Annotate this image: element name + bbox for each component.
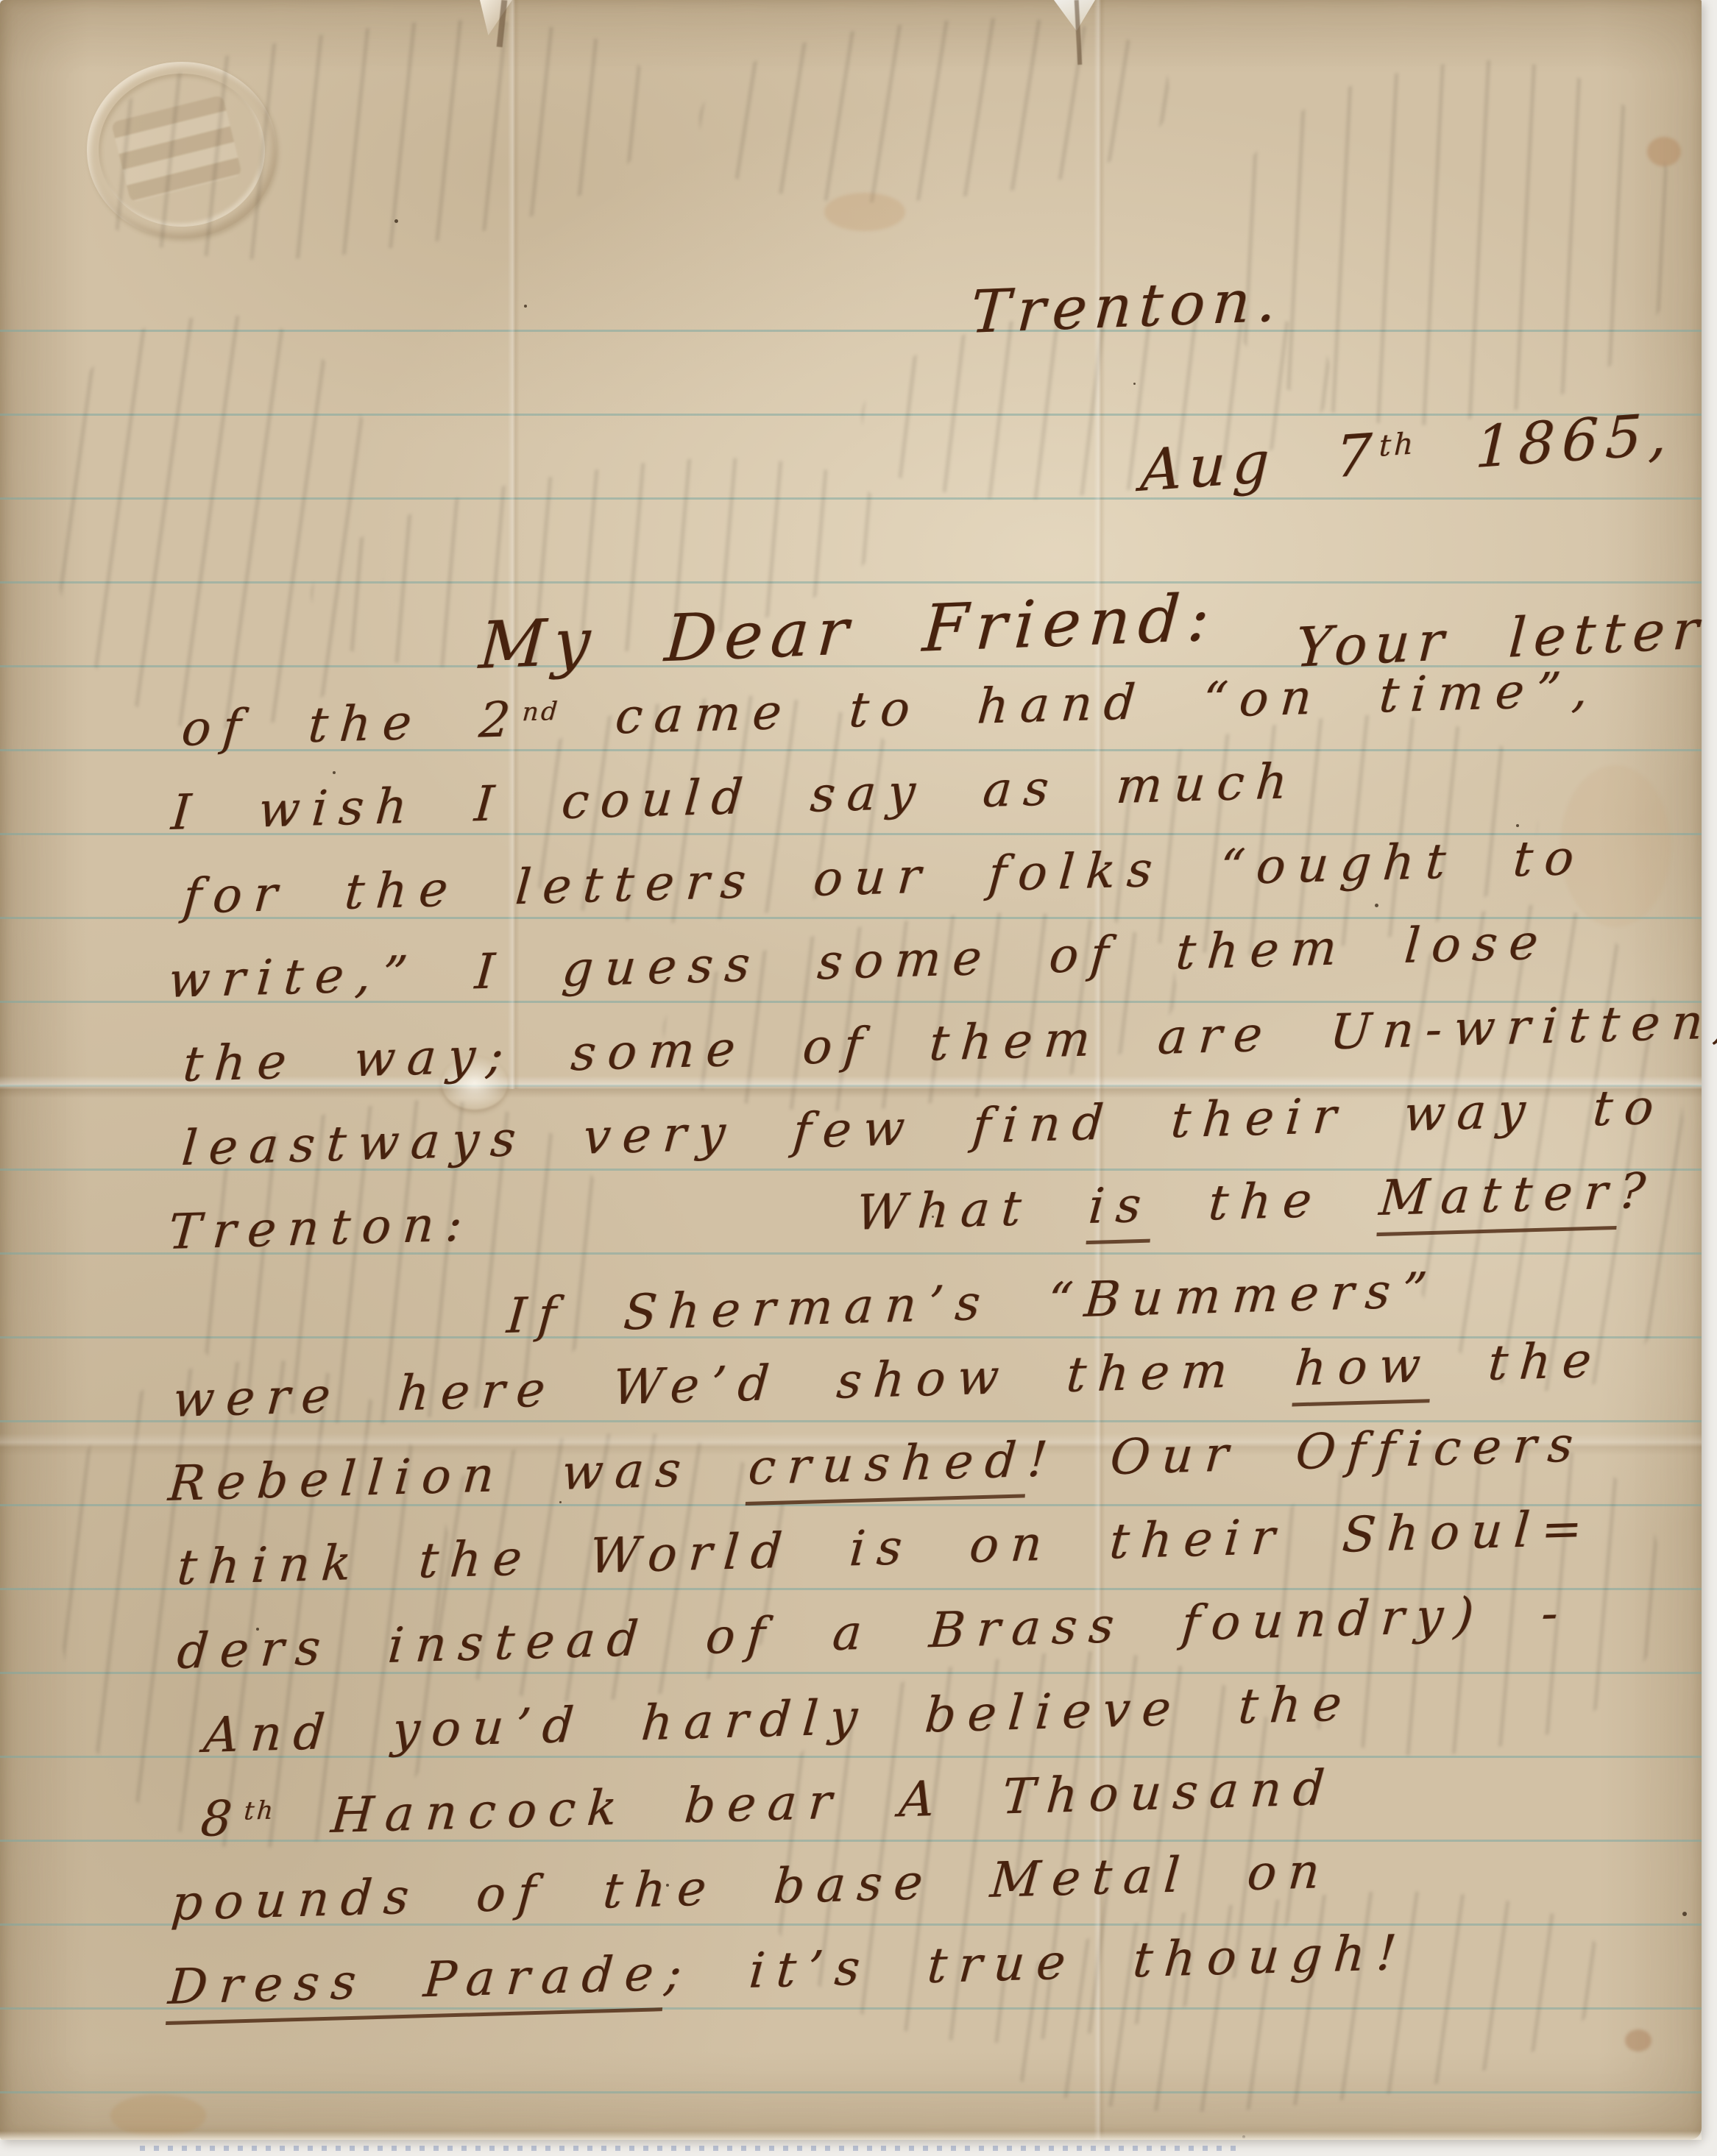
superscript: th [243,1795,277,1826]
underlined-word: is [1086,1176,1155,1244]
handwritten-line: for the letters our folks “ought to [181,829,1587,925]
handwritten-line: pounds of the base Metal on [169,1843,1334,1932]
word: were here We’d show them [171,1340,1298,1428]
word: the way; some of them are Un-written; [181,993,1717,1093]
handwritten-line: I wish I could say as much [169,753,1301,841]
word: ! [1025,1430,1061,1488]
word: ders instead of a Brass foundry) - [175,1584,1572,1680]
handwritten-line: think the World is on their Shoul= [175,1500,1596,1596]
superscript: nd [521,697,561,728]
word: Hancock bear A Thousand [273,1759,1339,1845]
date-line: Aug 7th 1865, [1139,401,1674,505]
word-gap [472,1228,855,1241]
word: for the letters our folks “ought to [181,829,1587,925]
handwritten-line: write,” I guess some of them lose [166,913,1551,1009]
handwritten-line: Dress Parade; it’s true though! [166,1924,1410,2015]
handwritten-line: If Sherman’s “Bummers” [505,1261,1440,1344]
handwritten-line: were here We’d show them how the [171,1332,1605,1428]
word: I wish I could say as much [169,753,1301,841]
word: 8 [199,1790,246,1848]
place-line: Trenton. [969,266,1285,347]
superscript: th [1378,425,1417,464]
word: My Dear Friend: [477,579,1219,684]
handwritten-line: leastways very few find their way to [180,1079,1667,1177]
letter-page: Trenton.Aug 7th 1865,My Dear Friend:Your… [0,0,1702,2140]
handwritten-line: the way; some of them are Un-written; [181,993,1717,1093]
word: What [854,1178,1091,1241]
word: If Sherman’s “Bummers” [505,1261,1440,1344]
underlined-word: Matter [1376,1163,1621,1236]
handwritten-line: And you’d hardly believe the [202,1675,1355,1764]
word: 1865, [1415,401,1674,486]
word: Trenton. [969,266,1285,347]
handwritten-line: ders instead of a Brass foundry) - [175,1584,1572,1680]
word: And you’d hardly believe the [202,1675,1355,1764]
word: pounds of the base Metal on [169,1843,1334,1932]
handwritten-line: 8th Hancock bear A Thousand [199,1759,1338,1848]
word: ; it’s true though! [663,1924,1410,2001]
word: of the 2 [180,691,524,757]
word: Aug 7 [1139,422,1380,505]
word: think the World is on their Shoul= [175,1500,1596,1596]
salutation: My Dear Friend: [477,579,1219,684]
word: Trenton: [166,1195,476,1260]
letter-lines: Trenton.Aug 7th 1865,My Dear Friend:Your… [0,0,1702,2140]
word: leastways very few find their way to [180,1079,1667,1177]
ink-speck [1242,2135,1245,2138]
word-gap [1058,1472,1109,1475]
scanned-letter: Trenton.Aug 7th 1865,My Dear Friend:Your… [0,0,1717,2156]
handwritten-line: Trenton:What is the Matter? [166,1162,1659,1260]
word: write,” I guess some of them lose [166,913,1551,1009]
handwritten-line: Rebellion was crushed!Our Officers [166,1416,1587,1512]
word: the [1150,1170,1381,1233]
underlined-word: how [1292,1336,1434,1406]
word: Rebellion was [166,1439,751,1512]
word: the [1430,1332,1605,1394]
underlined-word: crushed [746,1431,1030,1506]
word: ? [1617,1162,1659,1220]
adjacent-page-edge [140,2146,1244,2151]
handwritten-line: of the 2nd came to hand “on time”, [180,661,1601,757]
underlined-word: Dress Parade [166,1945,668,2025]
word: Our Officers [1108,1416,1587,1486]
